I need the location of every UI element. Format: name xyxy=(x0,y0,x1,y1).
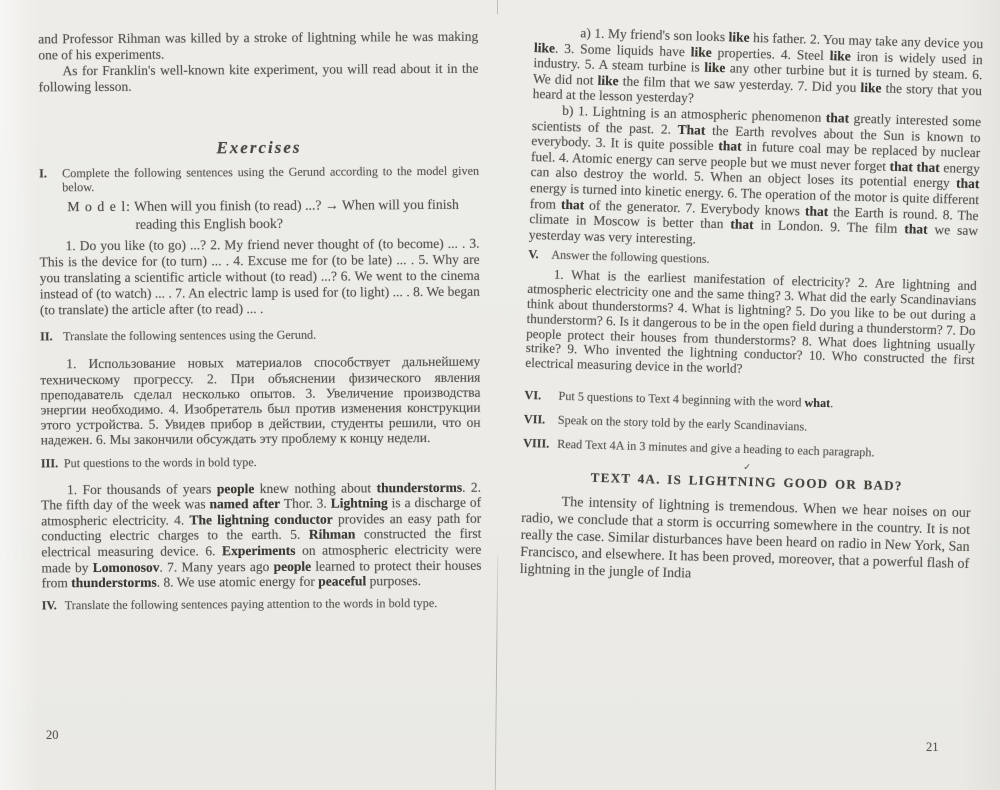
page-number-left: 20 xyxy=(46,728,59,743)
model-label: M o d e l: xyxy=(67,199,131,214)
exercise-3-items: 1. For thousands of years people knew no… xyxy=(41,479,482,591)
exercise-4-instruction: IV.Translate the following sentences pay… xyxy=(42,595,482,612)
gutter-fold-line xyxy=(495,556,498,790)
left-page: and Professor Rihman was killed by a str… xyxy=(38,29,482,613)
gutter-fold-tick xyxy=(497,0,498,14)
exercise-6-instruction: VI.Put 5 questions to Text 4 beginning w… xyxy=(524,388,973,414)
exercise-2-items-russian: 1. Использование новых материалов способ… xyxy=(40,354,481,448)
exercise-3-instruction: III.Put questions to the words in bold t… xyxy=(41,453,481,470)
text-4a-paragraph: The intensity of lightning is tremendous… xyxy=(520,493,971,590)
book-spread: and Professor Rihman was killed by a str… xyxy=(0,0,1000,790)
exercise-a-items: a) 1. My friend's son looks like his fat… xyxy=(532,24,983,114)
scanned-textbook-spread: { "left_page": { "page_number": "20", "i… xyxy=(0,0,1000,790)
exercise-5-instruction-text: Answer the following questions. xyxy=(551,248,710,266)
intro-paragraph: As for Franklin's well-known kite experi… xyxy=(38,61,478,96)
exercise-6-numeral: VI. xyxy=(524,388,558,403)
exercise-3-instruction-text: Put questions to the words in bold type. xyxy=(64,455,257,470)
model-text: When will you finish (to read) ...? → Wh… xyxy=(134,197,459,231)
exercise-1-items: 1. Do you like (to go) ...? 2. My friend… xyxy=(39,236,479,319)
model-example: M o d e l: When will you finish (to read… xyxy=(39,196,479,234)
exercise-8-instruction-text: Read Text 4A in 3 minutes and give a hea… xyxy=(557,437,875,460)
intro-paragraph-continuation: and Professor Rihman was killed by a str… xyxy=(38,29,478,64)
exercise-2-numeral: II. xyxy=(40,330,63,344)
exercise-8-numeral: VIII. xyxy=(523,436,557,451)
exercise-6-instruction-text: Put 5 questions to Text 4 beginning with… xyxy=(558,389,833,410)
exercise-3-numeral: III. xyxy=(41,456,64,470)
exercise-7-instruction-text: Speak on the story told by the early Sca… xyxy=(558,413,808,434)
exercise-4-numeral: IV. xyxy=(42,598,65,612)
page-number-right: 21 xyxy=(926,740,939,755)
exercise-2-instruction-text: Translate the following sentences using … xyxy=(63,328,316,344)
exercise-1-numeral: I. xyxy=(39,166,62,180)
exercise-b-items: b) 1. Lightning is an atmospheric phenom… xyxy=(529,102,982,254)
exercise-4-instruction-text: Translate the following sentences paying… xyxy=(65,596,438,612)
exercise-5-questions: 1. What is the earliest manifestation of… xyxy=(525,267,977,383)
exercise-7-instruction: VII.Speak on the story told by the early… xyxy=(524,412,973,438)
exercise-7-numeral: VII. xyxy=(524,412,558,427)
exercise-2-instruction: II.Translate the following sentences usi… xyxy=(40,327,480,344)
exercise-1-instruction-text: Complete the following sentences using t… xyxy=(62,164,479,195)
exercise-1-instruction: I.Complete the following sentences using… xyxy=(39,164,479,195)
exercises-heading: Exercises xyxy=(39,137,479,160)
exercise-5-numeral: V. xyxy=(528,247,551,262)
right-page: a) 1. My friend's son looks like his fat… xyxy=(520,24,984,590)
